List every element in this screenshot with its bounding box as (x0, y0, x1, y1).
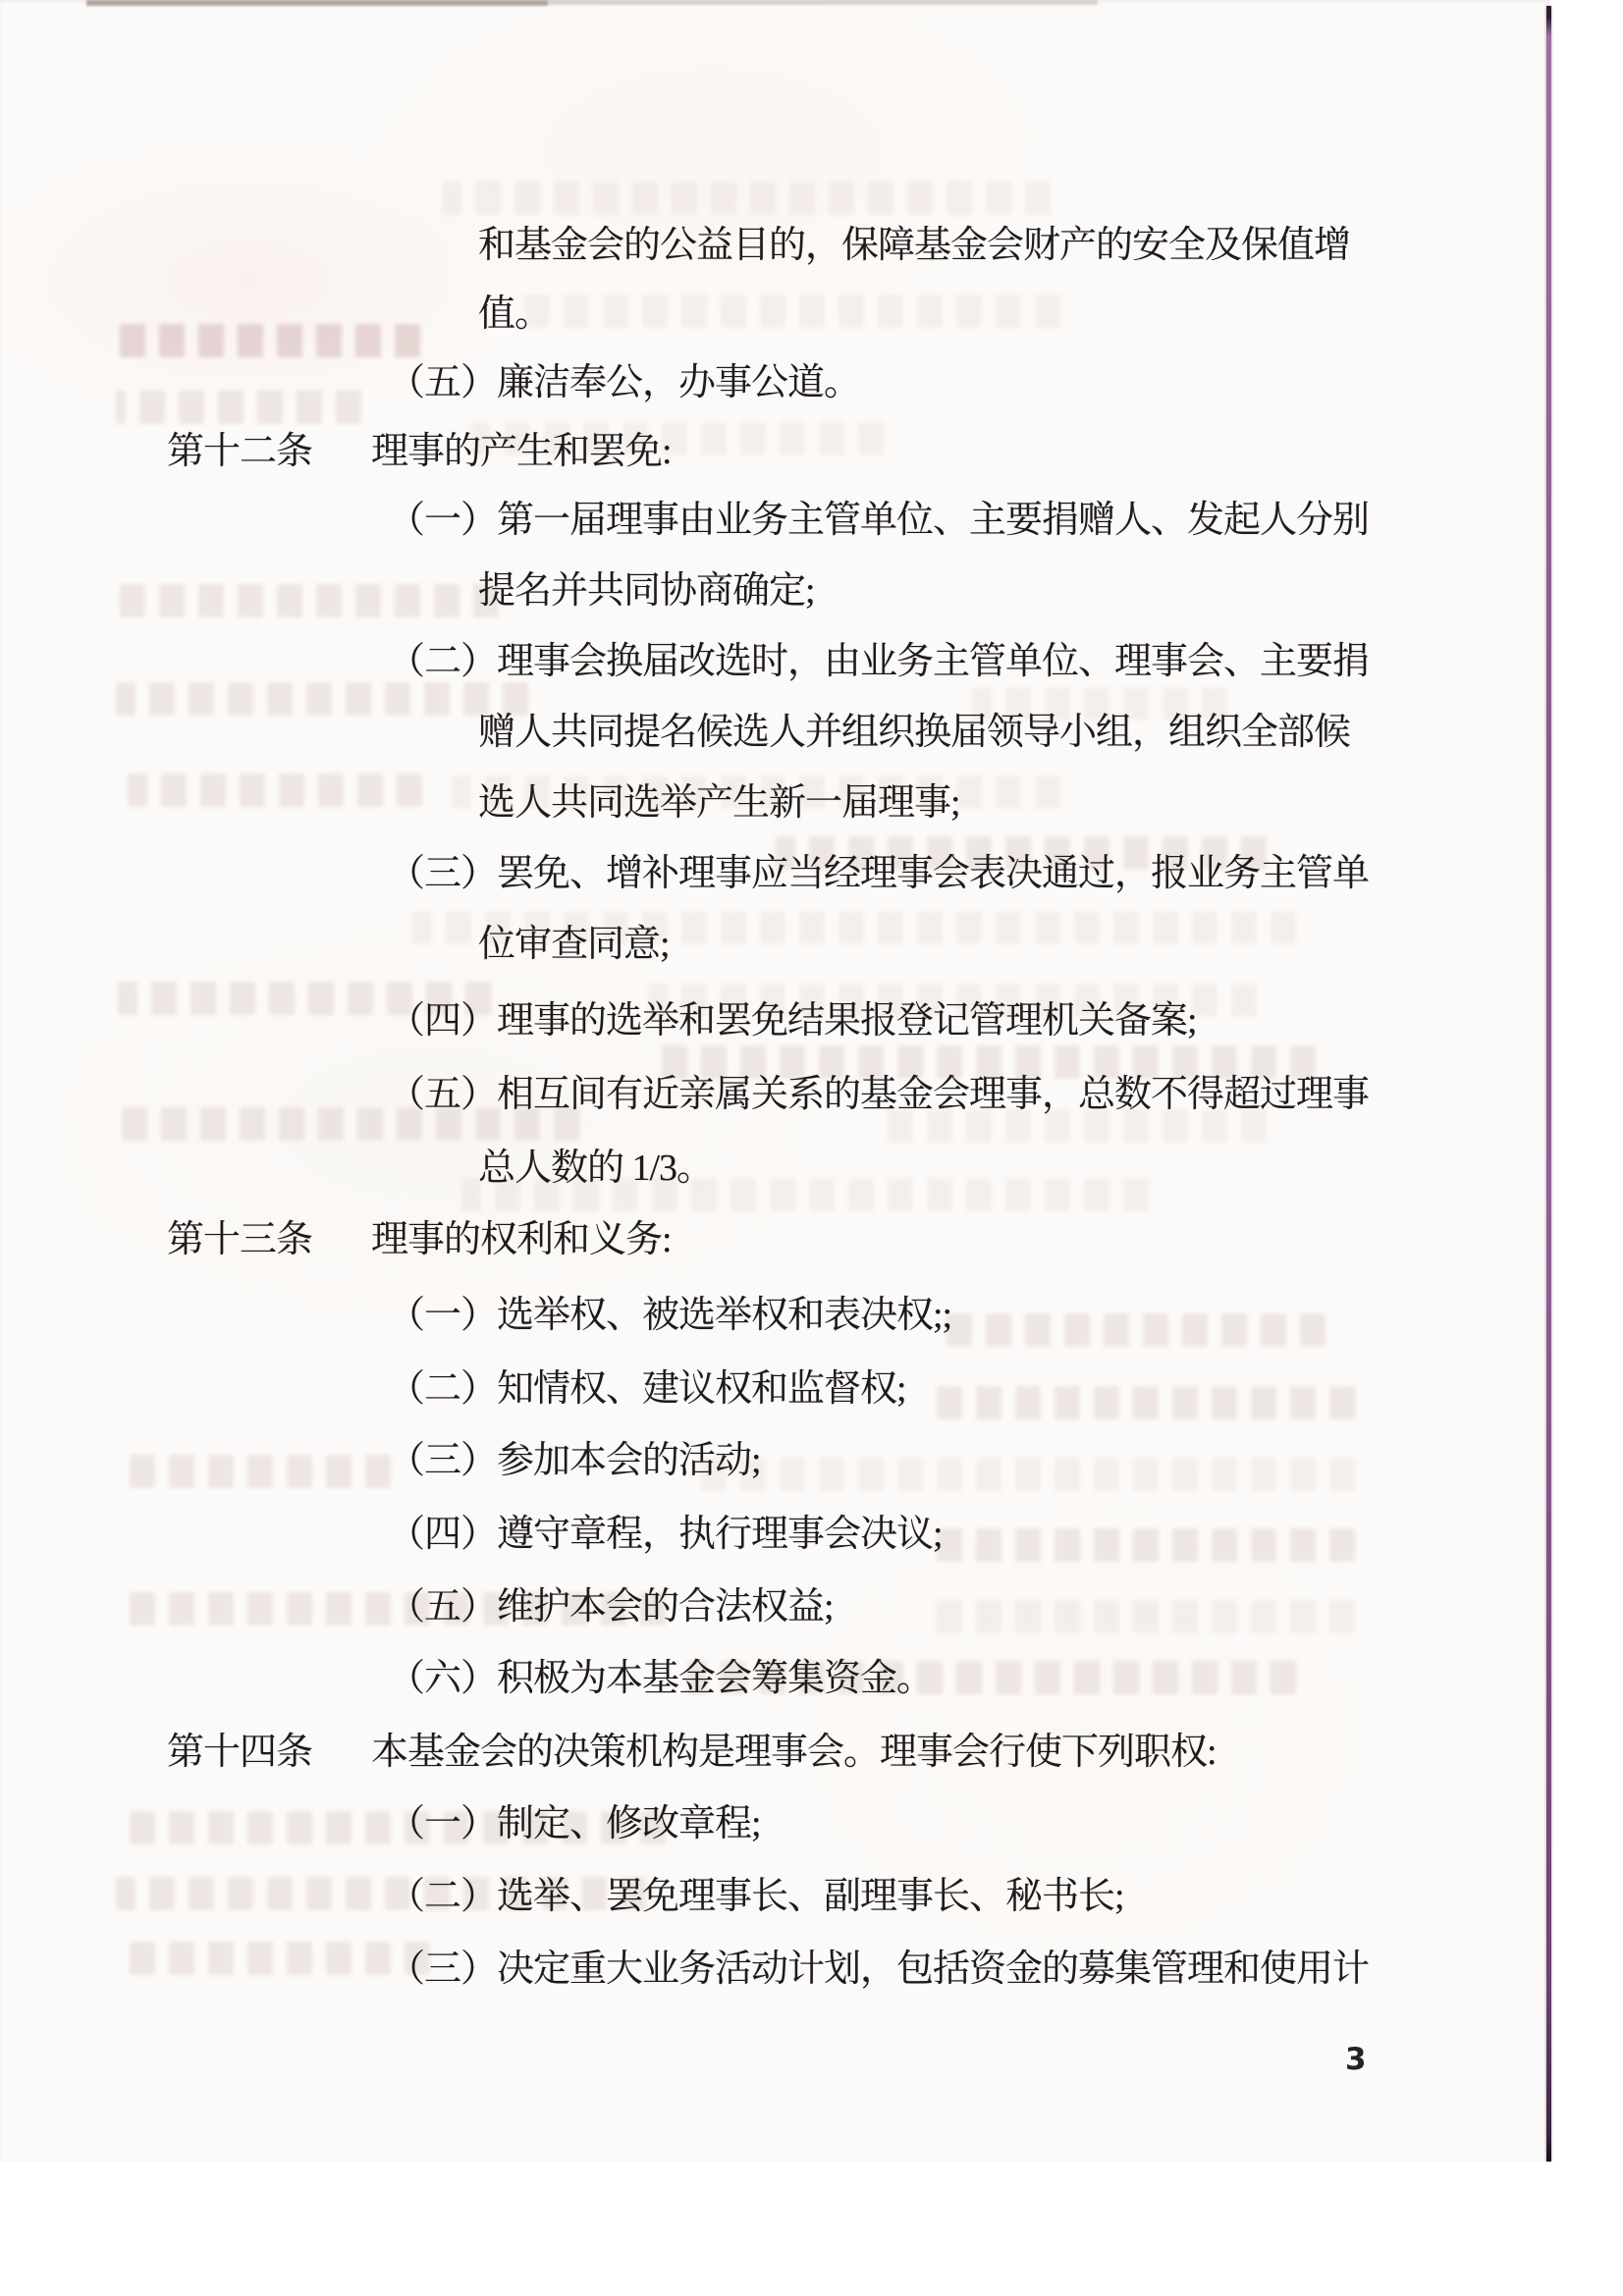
bleed-through-ghost (116, 391, 361, 424)
article-heading: 本基金会的决策机构是理事会。理事会行使下列职权: (371, 1727, 1217, 1778)
list-item-line: （一）第一届理事由业务主管单位、主要捐赠人、发起人分别 (388, 495, 1369, 546)
list-item-line: （一）制定、修改章程; (388, 1798, 761, 1849)
bleed-through-ghost (128, 774, 422, 807)
continuation-line: 提名并共同协商确定; (478, 565, 815, 616)
scanned-page: 和基金会的公益目的，保障基金会财产的安全及保值增 值。 （五）廉洁奉公，办事公道… (0, 0, 1623, 2296)
article-label: 第十三条 (167, 1214, 312, 1265)
list-item-line: （五）廉洁奉公，办事公道。 (388, 357, 860, 408)
list-item-line: （六）积极为本基金会筹集资金。 (388, 1653, 933, 1704)
top-edge-smudge (86, 0, 548, 6)
bleed-through-ghost (933, 1528, 1355, 1562)
list-item-line: （一）选举权、被选举权和表决权;; (388, 1290, 951, 1341)
list-item-line: （三）罢免、增补理事应当经理事会表决通过，报业务主管单 (388, 848, 1369, 899)
bleed-through-ghost (116, 1942, 430, 1975)
bleed-through-ghost (687, 1458, 1355, 1491)
continuation-line: 选人共同选举产生新一届理事; (478, 777, 960, 828)
article-label: 第十二条 (167, 426, 312, 477)
list-item-line: （四）理事的选举和罢免结果报登记管理机关备案; (388, 995, 1197, 1046)
list-item-line: （二）理事会换届改选时，由业务主管单位、理事会、主要捐 (388, 636, 1369, 687)
bleed-through-ghost (511, 294, 1060, 328)
list-item-line: （五）维护本会的合法权益; (388, 1581, 834, 1632)
bleed-through-ghost (442, 182, 1051, 215)
list-item-line: （四）遵守章程，执行理事会决议; (388, 1509, 943, 1560)
bleed-through-ghost (116, 682, 528, 716)
article-heading: 理事的权利和义务: (371, 1214, 672, 1265)
scanner-fold-line (1546, 6, 1551, 2162)
bleed-through-ghost (116, 584, 499, 617)
top-edge-smudge (548, 0, 1098, 5)
bleed-through-ghost (933, 1313, 1325, 1347)
list-item-line: （二）知情权、建议权和监督权; (388, 1363, 906, 1415)
bleed-through-ghost (116, 1455, 391, 1488)
bleed-through-ghost (116, 324, 420, 357)
list-item-line: （三）参加本会的活动; (388, 1435, 761, 1486)
continuation-line: 位审查同意; (478, 919, 670, 970)
bleed-through-ghost (933, 1600, 1355, 1633)
list-item-line: （三）决定重大业务活动计划，包括资金的募集管理和使用计 (388, 1944, 1369, 1995)
continuation-line: 总人数的 1/3。 (478, 1143, 713, 1194)
list-item-line: （五）相互间有近亲属关系的基金会理事，总数不得超过理事 (388, 1069, 1369, 1120)
page-number: 3 (1345, 2042, 1367, 2077)
list-item-line: （二）选举、罢免理事长、副理事长、秘书长; (388, 1871, 1124, 1922)
continuation-line: 值。 (478, 289, 551, 340)
continuation-line: 赠人共同提名候选人并组织换届领导小组，组织全部候 (478, 707, 1350, 758)
article-heading: 理事的产生和罢免: (371, 426, 672, 477)
article-label: 第十四条 (167, 1727, 312, 1778)
bleed-through-ghost (933, 1386, 1355, 1419)
continuation-line: 和基金会的公益目的，保障基金会财产的安全及保值增 (478, 220, 1350, 271)
